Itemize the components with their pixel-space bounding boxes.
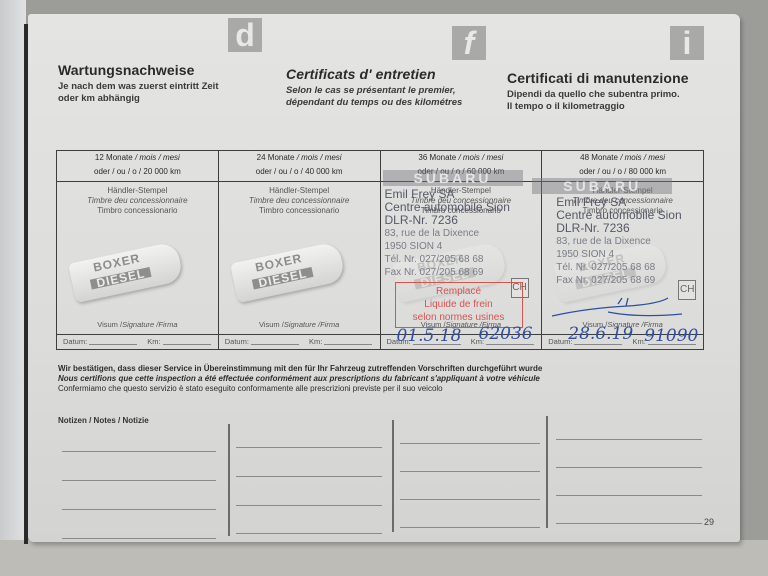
- confirmation-text: Wir bestätigen, dass dieser Service in Ü…: [58, 364, 542, 394]
- note-line: [62, 480, 216, 481]
- note-line: [400, 527, 540, 528]
- notes-divider: [392, 420, 394, 532]
- note-line: [400, 471, 540, 472]
- signature-scribble: [548, 294, 688, 322]
- header-german: Wartungsnachweise Je nach dem was zuerst…: [58, 62, 219, 105]
- header-subtitle: Dipendi da quello che subentra primo.: [507, 89, 680, 100]
- note-line: [236, 447, 382, 448]
- table-surface: [0, 540, 768, 576]
- note-line: [400, 499, 540, 500]
- handwritten-km: 62036: [479, 327, 533, 341]
- note-line: [62, 451, 216, 452]
- subaru-stamp-logo: SUBARU: [383, 170, 523, 186]
- signature-label: Visum /Signature /Firma: [219, 320, 380, 330]
- stamp-row: Händler-StempelTimbre deu concessionnair…: [57, 182, 704, 335]
- date-km-cell: Datum:Km:: [218, 335, 380, 350]
- notes-divider: [228, 424, 230, 536]
- handwritten-date: 01.5.18: [397, 329, 462, 343]
- note-line: [236, 505, 382, 506]
- boxer-diesel-logo: BOXERDIESEL: [230, 241, 346, 303]
- note-line: [236, 476, 382, 477]
- stamp-cell-12: Händler-StempelTimbre deu concessionnair…: [57, 182, 219, 335]
- date-km-cell: Datum:Km: 01.5.18 62036: [380, 335, 542, 350]
- stamp-cell-36: Händler-StempelTimbre deu concessionnair…: [380, 182, 542, 335]
- signature-label: Visum /Signature /Firma: [57, 320, 218, 330]
- note-line: [400, 443, 540, 444]
- subaru-stamp-logo: SUBARU: [532, 178, 672, 194]
- language-tab-it: i: [670, 26, 704, 60]
- dealer-stamp: Emil Frey SA Centre automobile Sion DLR-…: [385, 188, 510, 279]
- header-title: Certificati di manutenzione: [507, 70, 689, 86]
- notes-label: Notizen / Notes / Notizie: [58, 416, 149, 425]
- interval-cell: 24 Monate / mois / mesioder / ou / o / 4…: [218, 151, 380, 182]
- header-subtitle: oder km abhängig: [58, 93, 140, 104]
- header-italian: Certificati di manutenzione Dipendi da q…: [507, 70, 689, 113]
- header-title: Certificats d' entretien: [286, 66, 462, 82]
- service-table: 12 Monate / mois / mesioder / ou / o / 2…: [56, 150, 704, 350]
- note-line: [556, 523, 702, 524]
- left-page-edge: [0, 0, 26, 540]
- note-line: [236, 533, 382, 534]
- date-row: Datum:Km: Datum:Km: Datum:Km: 01.5.18 62…: [57, 335, 704, 350]
- header-subtitle: Selon le cas se présentant le premier,: [286, 85, 456, 96]
- note-line: [556, 439, 702, 440]
- date-km-cell: Datum:Km:: [57, 335, 219, 350]
- header-subtitle: Je nach dem was zuerst eintritt Zeit: [58, 81, 219, 92]
- handwritten-date: 28.6.19: [568, 327, 633, 341]
- header-subtitle: dépendant du temps ou des kilométres: [286, 97, 462, 108]
- dealer-stamp: Emil Frey SA Centre automobile Sion DLR-…: [556, 196, 681, 287]
- page-number: 29: [704, 517, 714, 527]
- note-line: [62, 538, 216, 539]
- handwritten-km: 91090: [644, 329, 698, 343]
- notes-divider: [546, 416, 548, 528]
- stamp-cell-24: Händler-StempelTimbre deu concessionnair…: [218, 182, 380, 335]
- header-subtitle: Il tempo o il kilometraggio: [507, 101, 625, 112]
- date-km-cell: Datum:Km: 28.6.19 91090: [542, 335, 704, 350]
- language-tab-de: d: [228, 18, 262, 52]
- boxer-diesel-logo: BOXERDIESEL: [68, 241, 184, 303]
- interval-row: 12 Monate / mois / mesioder / ou / o / 2…: [57, 151, 704, 182]
- header-french: Certificats d' entretien Selon le cas se…: [286, 66, 462, 109]
- language-tab-fr: f: [452, 26, 486, 60]
- stamp-cell-48: Händler-StempelTimbre deu concessionnair…: [542, 182, 704, 335]
- interval-cell: 48 Monate / mois / mesioder / ou / o / 8…: [542, 151, 704, 182]
- note-line: [62, 509, 216, 510]
- note-line: [556, 495, 702, 496]
- note-line: [556, 467, 702, 468]
- header-title: Wartungsnachweise: [58, 62, 219, 78]
- interval-cell: 12 Monate / mois / mesioder / ou / o / 2…: [57, 151, 219, 182]
